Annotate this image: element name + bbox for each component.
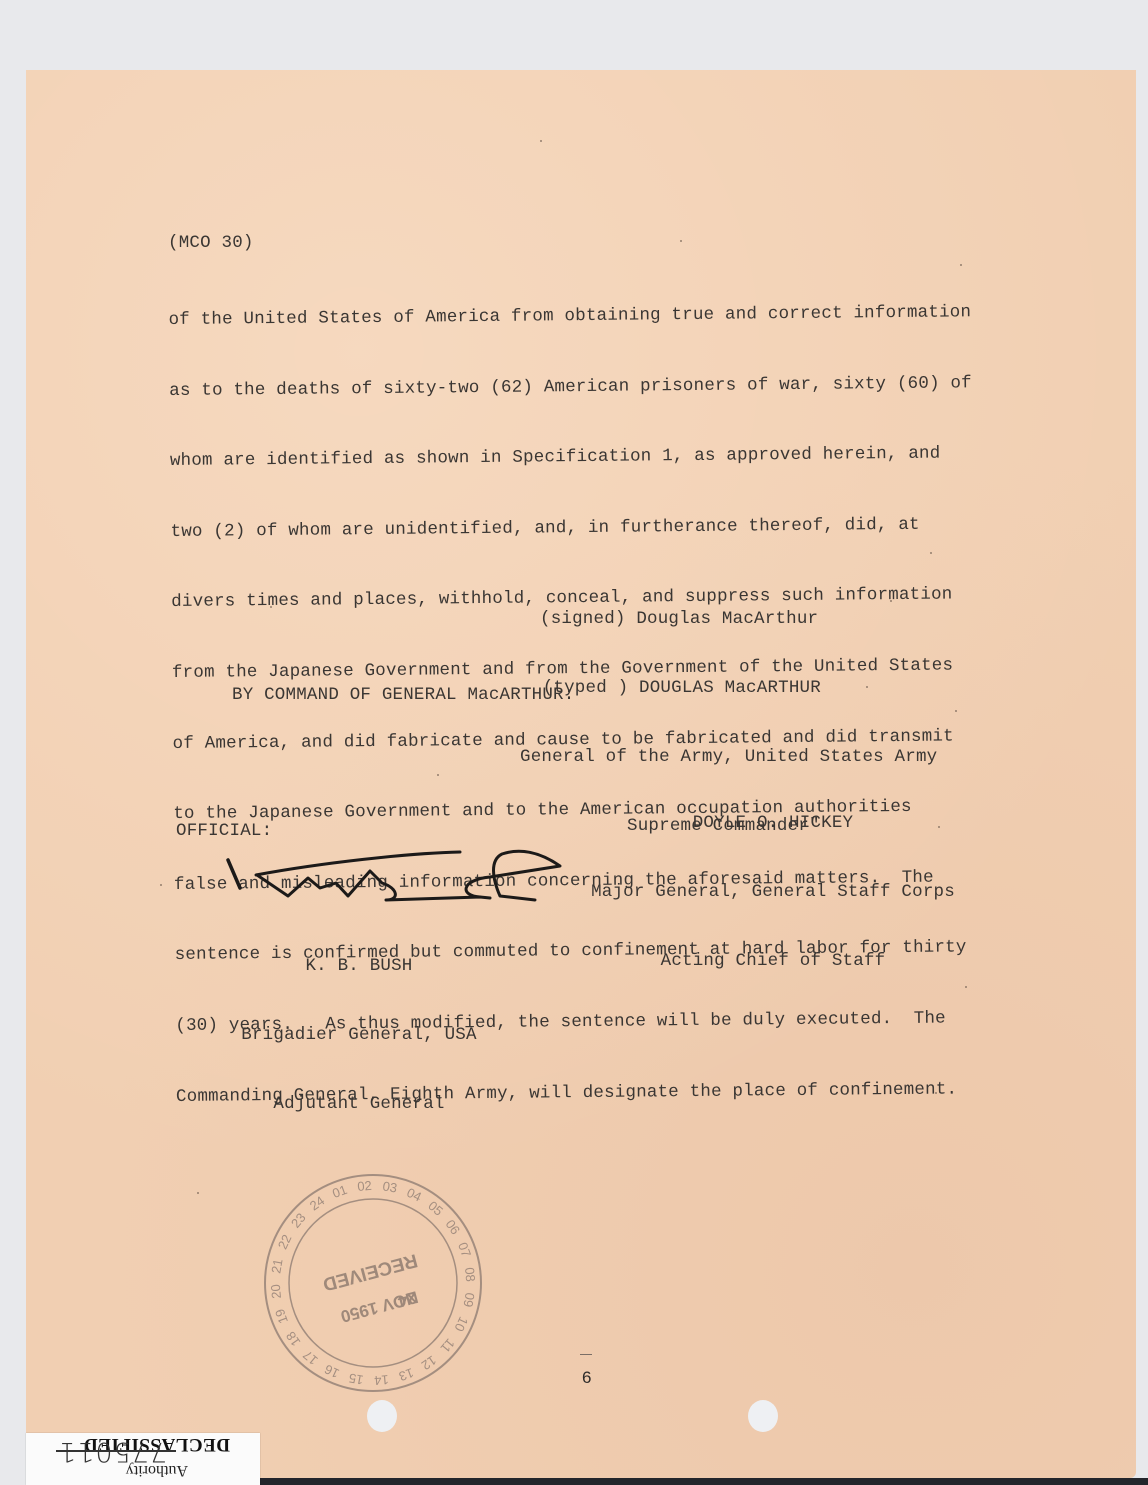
body-line: of the United States of America from obt…	[168, 300, 971, 332]
hickey-name: DOYLE O. HICKEY	[578, 812, 968, 835]
handwritten-signature-icon	[160, 838, 580, 918]
body-line: two (2) of whom are unidentified, and, i…	[170, 512, 973, 544]
paper-speck	[938, 826, 940, 828]
typed-line: (typed ) DOUGLAS MacARTHUR	[520, 677, 937, 700]
declassified-title: DECLASSIFIED	[84, 1433, 230, 1455]
bush-signature-block: K. B. BUSH Brigadier General, USA Adjuta…	[228, 909, 490, 1139]
paper-speck	[160, 884, 162, 886]
body-line: whom are identified as shown in Specific…	[170, 441, 973, 473]
paper-speck	[955, 710, 957, 712]
paper-speck	[866, 686, 868, 688]
hickey-title: Acting Chief of Staff	[578, 950, 968, 973]
stamp-hour: 02	[357, 1178, 373, 1194]
paper-speck	[935, 1092, 937, 1094]
stamp-hour: 15	[348, 1370, 365, 1387]
authority-word: Authority	[126, 1461, 188, 1479]
paper-speck	[960, 264, 962, 266]
paper-speck	[270, 606, 272, 608]
stamp-hour: 07	[455, 1240, 474, 1259]
paper-speck	[437, 774, 439, 776]
document-reference-code: (MCO 30)	[168, 232, 254, 255]
stamp-hour: 03	[382, 1178, 399, 1195]
stamp-hour: 14	[374, 1372, 390, 1388]
paper-speck	[197, 1192, 199, 1194]
bush-title: Adjutant General	[228, 1093, 490, 1116]
received-stamp-icon: 01 02 03 04 05 06 07 08 09 10 11 12 13 1…	[262, 1172, 484, 1394]
bush-name: K. B. BUSH	[228, 955, 490, 978]
body-line: as to the deaths of sixty-two (62) Ameri…	[169, 371, 972, 403]
stamp-hour: 09	[460, 1292, 477, 1309]
stamp-hour: 20	[268, 1284, 284, 1300]
paper-speck	[890, 600, 892, 602]
stamp-hour: 10	[452, 1314, 472, 1333]
punch-hole	[748, 1400, 778, 1432]
paper-speck	[540, 140, 542, 142]
signed-line: (signed) Douglas MacArthur	[520, 608, 937, 631]
stamp-hour: 21	[268, 1258, 285, 1275]
declassified-label: DECLASSIFIED Authority	[26, 1433, 260, 1485]
stamp-hour: 08	[462, 1267, 478, 1283]
paper-speck	[930, 552, 932, 554]
stamp-hour: 01	[330, 1182, 349, 1201]
stamp-hour: 16	[322, 1362, 341, 1382]
stamp-hour: 22	[275, 1232, 295, 1251]
page-number: 6	[582, 1368, 591, 1388]
stamp-hour: 19	[272, 1307, 291, 1326]
page-number-mark	[580, 1354, 592, 1355]
punch-hole	[367, 1400, 397, 1432]
hickey-rank: Major General, General Staff Corps	[578, 881, 968, 904]
by-command-line: BY COMMAND OF GENERAL MacARTHUR:	[232, 684, 574, 707]
paper-speck	[680, 240, 682, 242]
stamp-hour: 13	[397, 1365, 416, 1384]
paper-speck	[965, 986, 967, 988]
stamp-hour: 04	[404, 1185, 423, 1205]
hickey-signature-block: DOYLE O. HICKEY Major General, General S…	[578, 766, 968, 996]
stamp-label: RECEIVED	[320, 1249, 419, 1294]
bush-rank: Brigadier General, USA	[228, 1024, 490, 1047]
